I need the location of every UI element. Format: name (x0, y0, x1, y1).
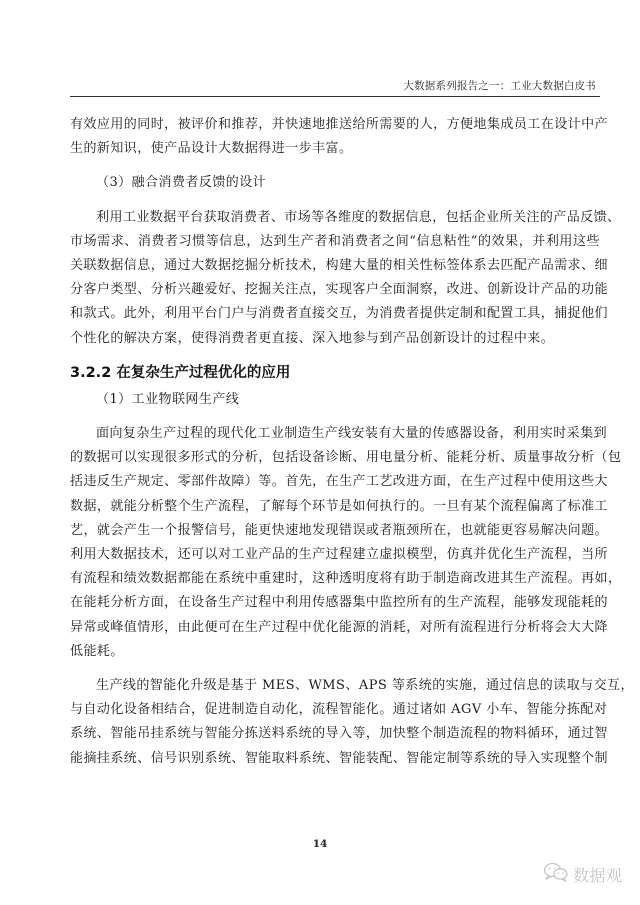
text-line: 的数据可以实现很多形式的分析，包括设备诊断、用电量分析、能耗分析、质量事故分析（… (70, 446, 600, 470)
subheading-iot-production-line: （1）工业物联网生产线 (70, 388, 600, 412)
text-line: 异常或峰值情形，由此便可在生产过程中优化能源的消耗，对所有流程进行分析将会大大降 (70, 616, 600, 640)
text-line: 与自动化设备相结合，促进制造自动化，流程智能化。通过诸如 AGV 小车、智能分拣… (70, 698, 600, 722)
text-line: 艺，就会产生一个报警信号，能更快速地发现错误或者瓶颈所在，也就能更容易解决问题。 (70, 519, 600, 543)
page-number: 14 (0, 838, 640, 850)
watermark-text: 数据观 (573, 863, 623, 886)
text-line: 在能耗分析方面，在设备生产过程中利用传感器集中监控所有的生产流程，能够发现能耗的 (70, 591, 600, 615)
running-title: 大数据系列报告之一：工业大数据白皮书 (403, 78, 596, 93)
text-line: 括违反生产规定、零部件故障）等。首先，在生产工艺改进方面，在生产过程中使用这些大 (70, 470, 600, 494)
page-header: 大数据系列报告之一：工业大数据白皮书 (70, 78, 600, 97)
text-line: 利用大数据技术，还可以对工业产品的生产过程建立虚拟模型，仿真并优化生产流程，当所 (70, 543, 600, 567)
text-line: 有效应用的同时，被评价和推荐，并快速地推送给所需要的人，方便地集成员工在设计中产 (70, 113, 600, 137)
text-line: 有流程和绩效数据都能在系统中重建时，这种透明度将有助于制造商改进其生产流程。再如… (70, 567, 600, 591)
text-line: 能摘挂系统、信号识别系统、智能取料系统、智能装配、智能定制等系统的导入实现整个制 (70, 747, 600, 771)
text-line: 利用工业数据平台获取消费者、市场等各维度的数据信息，包括企业所关注的产品反馈、 (70, 206, 600, 230)
paragraph-iot-production-line: 面向复杂生产过程的现代化工业制造生产线安装有大量的传感器设备，利用实时采集到 的… (70, 422, 600, 664)
paragraph-design-knowledge: 有效应用的同时，被评价和推荐，并快速地推送给所需要的人，方便地集成员工在设计中产… (70, 113, 600, 161)
text-line: 个性化的解决方案，使得消费者更直接、深入地参与到产品创新设计的过程中来。 (70, 327, 600, 351)
text-line: 生的新知识，使产品设计大数据得进一步丰富。 (70, 137, 600, 161)
section-title: 3.2.2 在复杂生产过程优化的应用 (70, 362, 600, 384)
wechat-icon (543, 862, 569, 886)
watermark: 数据观 (543, 862, 623, 886)
text-line: 关联数据信息，通过大数据挖掘分析技术，构建大量的相关性标签体系去匹配产品需求、细 (70, 254, 600, 278)
text-line: 分客户类型、分析兴趣爱好、挖掘关注点，实现客户全面洞察，改进、创新设计产品的功能 (70, 278, 600, 302)
text-line: 数据，就能分析整个生产流程，了解每个环节是如何执行的。一旦有某个流程偏离了标准工 (70, 495, 600, 519)
text-line: 市场需求、消费者习惯等信息，达到生产者和消费者之间“信息粘性”的效果，并利用这些 (70, 230, 600, 254)
text-line: 和款式。此外，利用平台门户与消费者直接交互，为消费者提供定制和配置工具，捕捉他们 (70, 302, 600, 326)
paragraph-smart-upgrade: 生产线的智能化升级是基于 MES、WMS、APS 等系统的实施，通过信息的读取与… (70, 674, 600, 771)
text-line: 生产线的智能化升级是基于 MES、WMS、APS 等系统的实施，通过信息的读取与… (70, 674, 600, 698)
text-line: 面向复杂生产过程的现代化工业制造生产线安装有大量的传感器设备，利用实时采集到 (70, 422, 600, 446)
document-body: 有效应用的同时，被评价和推荐，并快速地推送给所需要的人，方便地集成员工在设计中产… (70, 113, 600, 771)
text-line: 低能耗。 (70, 640, 600, 664)
paragraph-consumer-feedback: 利用工业数据平台获取消费者、市场等各维度的数据信息，包括企业所关注的产品反馈、 … (70, 206, 600, 351)
subheading-consumer-feedback: （3）融合消费者反馈的设计 (70, 171, 600, 195)
text-line: 系统、智能吊挂系统与智能分拣送料系统的导入等，加快整个制造流程的物料循环，通过智 (70, 722, 600, 746)
